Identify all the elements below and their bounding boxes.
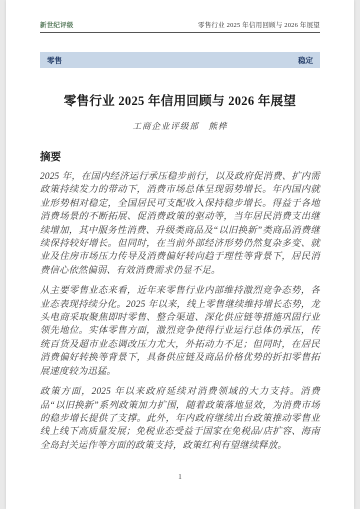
sector-outlook-banner: 零售 稳定 — [40, 52, 320, 68]
header-rule — [40, 32, 320, 33]
page-content: 新世纪评级 零售行业 2025 年信用回顾与 2026 年展望 零售 稳定 零售… — [6, 0, 354, 509]
abstract-paragraph: 政策方面，2025 年以来政府延续对消费领域的大力支持。消费品“以旧换新”系列政… — [40, 386, 320, 453]
report-title: 零售行业 2025 年信用回顾与 2026 年展望 — [40, 91, 320, 109]
abstract-heading: 摘要 — [40, 149, 320, 164]
abstract-paragraph: 从主要零售业态来看，近年来零售行业内部维持激烈竞争态势，各业态表现持续分化。20… — [40, 285, 320, 379]
header-doc-title: 零售行业 2025 年信用回顾与 2026 年展望 — [198, 20, 320, 29]
brand-logo-text: 新世纪评级 — [40, 20, 74, 29]
abstract-paragraph: 2025 年，在国内经济运行承压稳步前行，以及政府促消费、扩内需政策持续发力的带… — [40, 171, 320, 278]
document-page: 新世纪评级 零售行业 2025 年信用回顾与 2026 年展望 零售 稳定 零售… — [6, 0, 354, 509]
page-number: 1 — [6, 473, 354, 481]
sector-label: 零售 — [47, 55, 62, 66]
outlook-label: 稳定 — [298, 55, 313, 66]
abstract-body: 2025 年，在国内经济运行承压稳步前行，以及政府促消费、扩内需政策持续发力的带… — [40, 171, 320, 453]
byline: 工商企业评级部 熊桦 — [40, 120, 320, 132]
running-header: 新世纪评级 零售行业 2025 年信用回顾与 2026 年展望 — [40, 20, 320, 29]
